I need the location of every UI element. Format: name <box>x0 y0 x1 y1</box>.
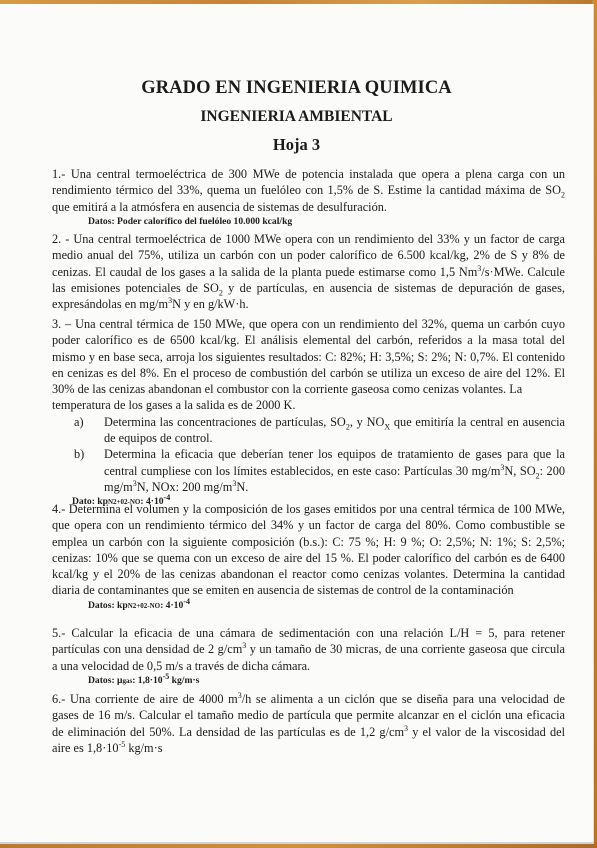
problem-5: 5.- Calcular la eficacia de una cámara d… <box>52 625 565 688</box>
problem-1-statement: 1.- Una central termoeléctrica de 300 MW… <box>52 166 565 215</box>
problem-3-statement: 3. – Una central térmica de 150 MWe, que… <box>52 316 565 397</box>
problem-number: 6.- <box>52 692 65 706</box>
problem-4-data: Datos: kpN2+02-NO: 4·10-4 <box>88 599 565 613</box>
problem-number: 3. – <box>52 317 71 331</box>
problem-2: 2. - Una central termoeléctrica de 1000 … <box>52 231 565 312</box>
problem-6: 6.- Una corriente de aire de 4000 m3/h s… <box>52 691 565 756</box>
document-title: GRADO EN INGENIERIA QUIMICA <box>0 78 593 99</box>
problem-number: 2. - <box>52 232 69 246</box>
subquestion-b: b) Determina la eficacia que deberían te… <box>52 446 565 495</box>
problem-4-statement: 4.- Determina el volumen y la composició… <box>52 501 565 599</box>
problem-1: 1.- Una central termoeléctrica de 300 MW… <box>52 166 565 229</box>
subquestion-a: a) Determina las concentraciones de part… <box>52 414 565 447</box>
problem-number: 5.- <box>52 626 65 640</box>
problem-3: 3. – Una central térmica de 150 MWe, que… <box>52 316 565 509</box>
problem-5-data: Datos: μgas: 1,8·10-5 kg/m·s <box>88 674 565 688</box>
problem-number: 1.- <box>52 167 65 181</box>
problem-4: 4.- Determina el volumen y la composició… <box>52 501 565 613</box>
document-page: GRADO EN INGENIERIA QUIMICA INGENIERIA A… <box>0 4 594 844</box>
sheet-number: Hoja 3 <box>0 135 593 155</box>
problem-number: 4.- <box>52 502 65 516</box>
problem-3-subquestions: a) Determina las concentraciones de part… <box>52 414 565 495</box>
problem-5-statement: 5.- Calcular la eficacia de una cámara d… <box>52 625 565 674</box>
problem-1-data: Datos: Poder calorífico del fuelóleo 10.… <box>88 215 565 229</box>
document-subtitle: INGENIERIA AMBIENTAL <box>0 108 593 126</box>
